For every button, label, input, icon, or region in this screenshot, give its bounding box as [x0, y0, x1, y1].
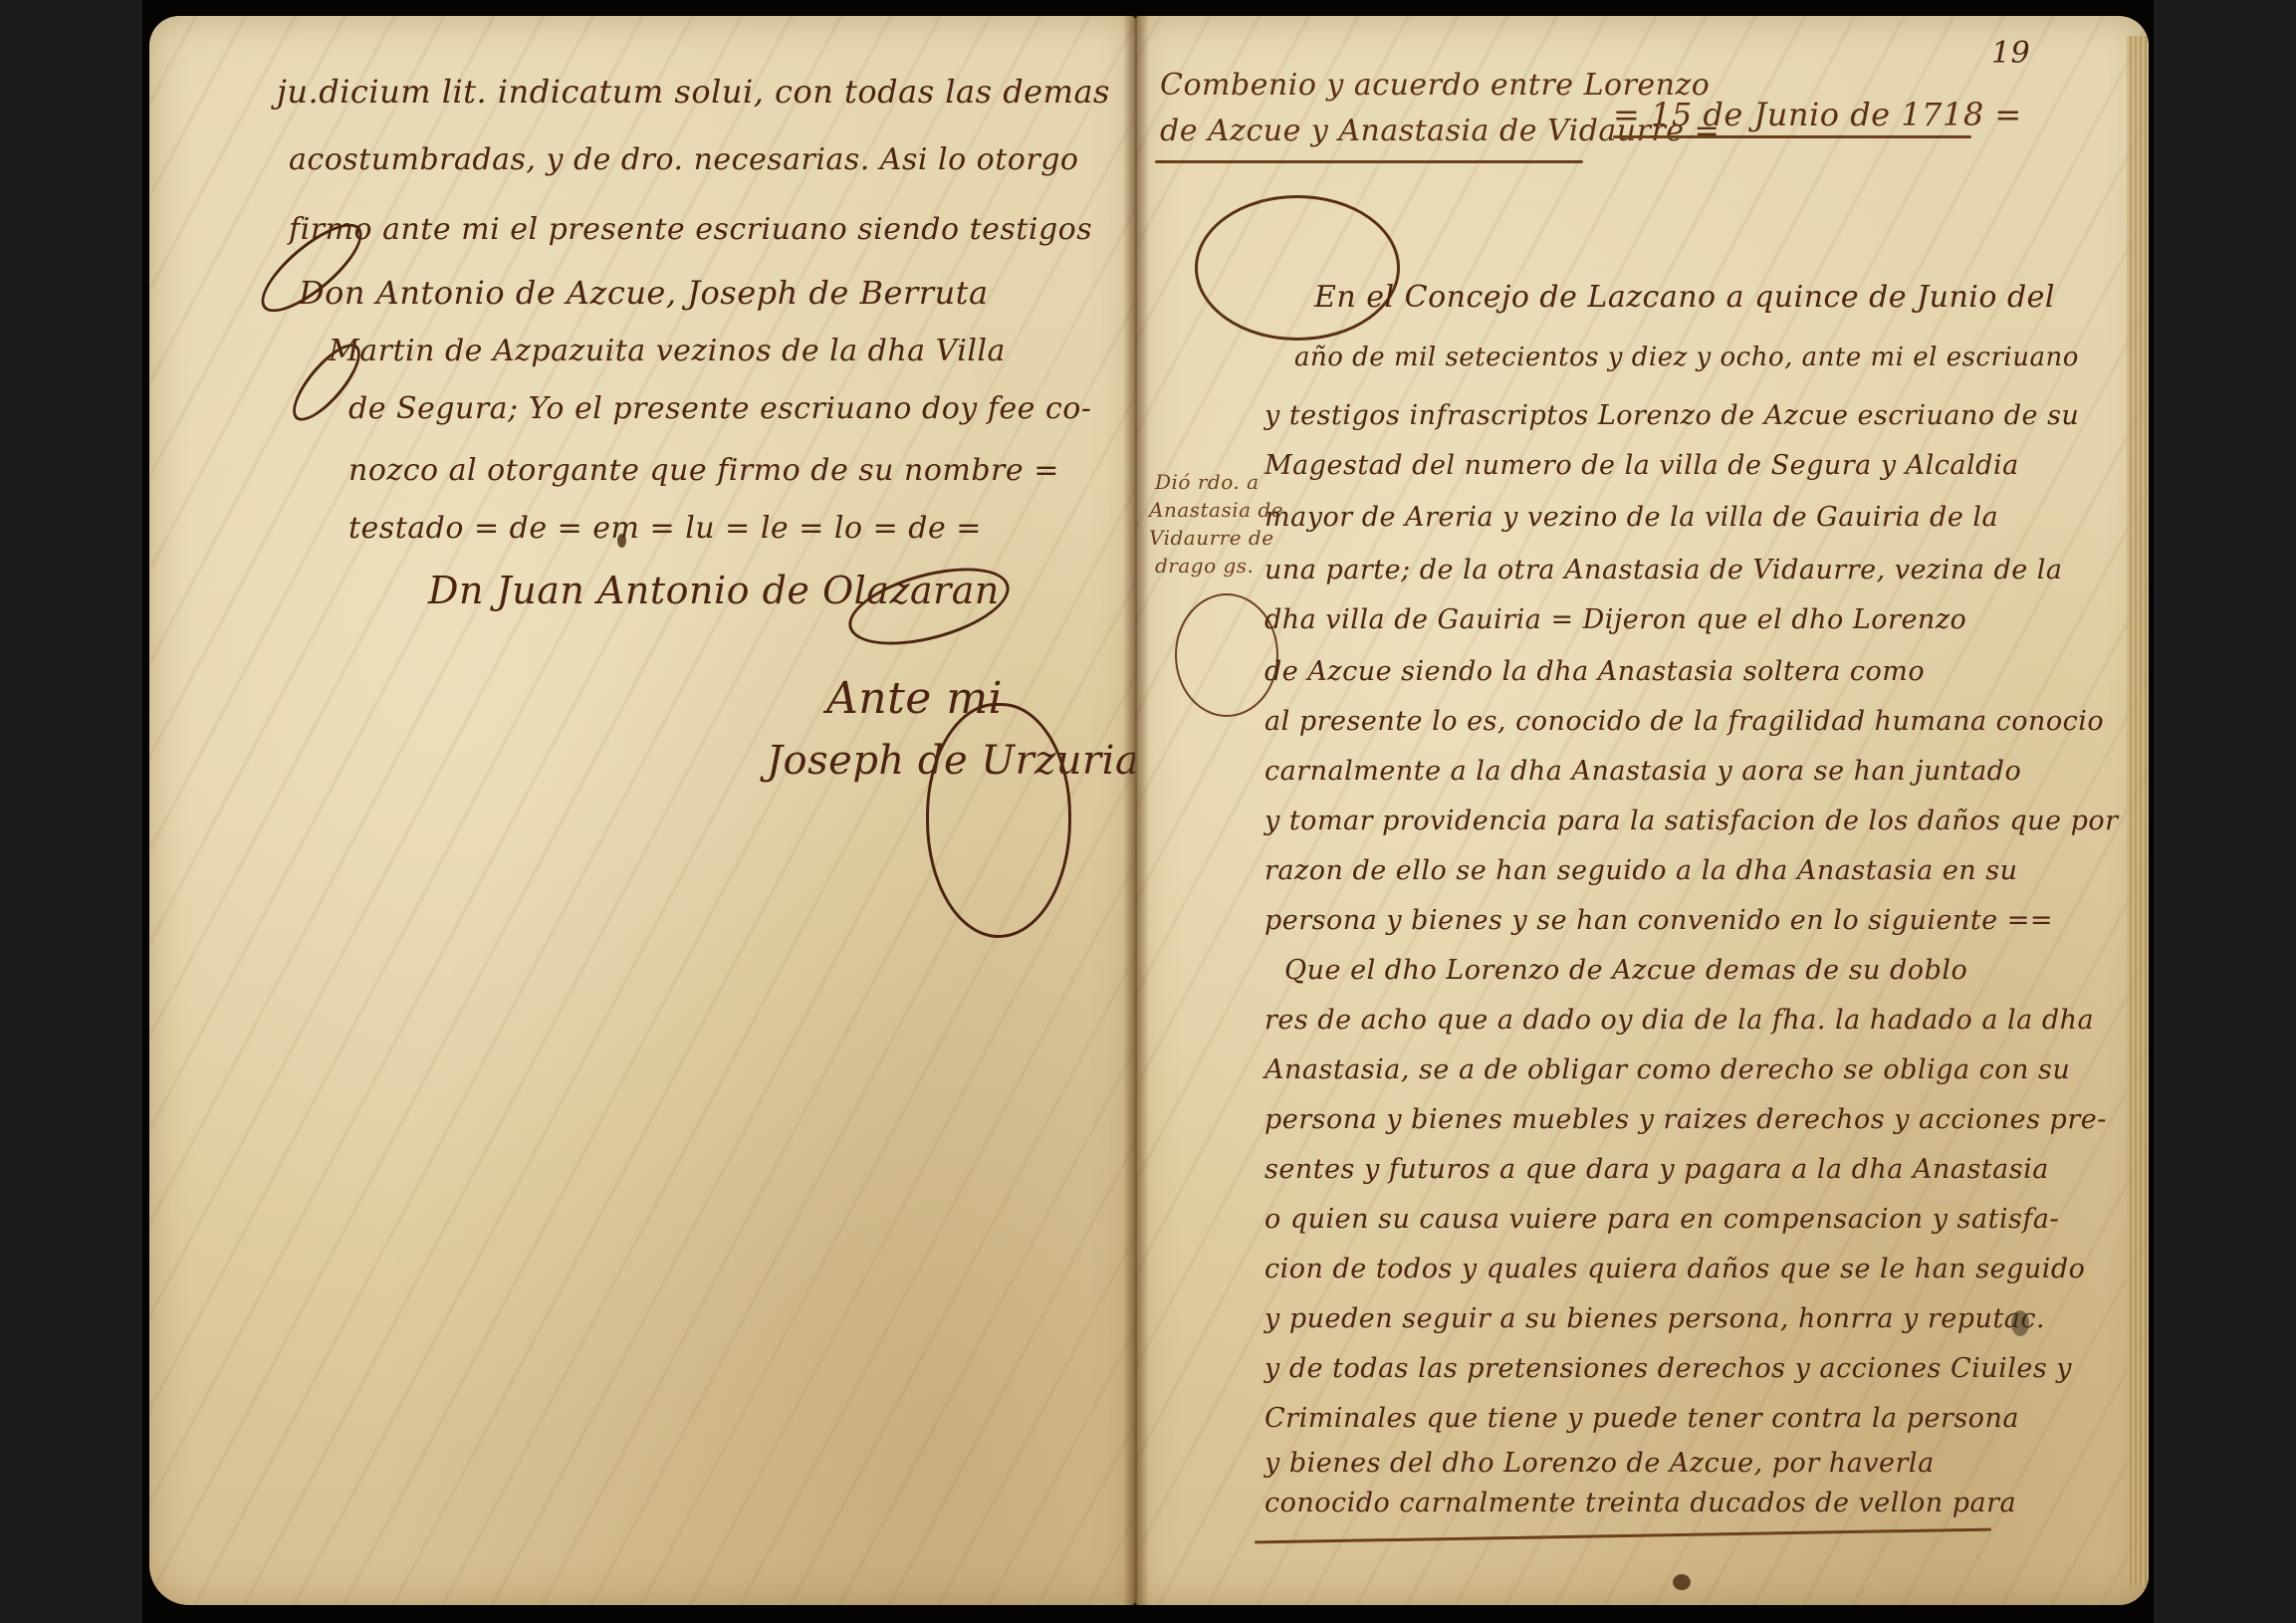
text-line: y de todas las pretensiones derechos y a… — [1264, 1355, 2072, 1382]
text-line: Anastasia, se a de obligar como derecho … — [1264, 1056, 2070, 1083]
text-line: y bienes del dho Lorenzo de Azcue, por h… — [1264, 1450, 1935, 1477]
text-line: persona y bienes muebles y raizes derech… — [1264, 1106, 2107, 1133]
stain — [2011, 1310, 2029, 1336]
folio-number: 19 — [1991, 36, 2030, 71]
margin-note-line: Anastasia de — [1149, 497, 1283, 523]
text-line: En el Concejo de Lazcano a quince de Jun… — [1314, 283, 2055, 313]
text-line: o quien su causa vuiere para en compensa… — [1264, 1206, 2059, 1233]
text-line: de Segura; Yo el presente escriuano doy … — [348, 394, 1091, 424]
rubric-flourish — [926, 703, 1071, 938]
text-line: y tomar providencia para la satisfacion … — [1264, 808, 2119, 834]
text-line: sentes y futuros a que dara y pagara a l… — [1264, 1156, 2049, 1183]
margin-rubric — [1175, 593, 1278, 717]
text-line: Martin de Azpazuita vezinos de la dha Vi… — [329, 337, 1006, 366]
text-line: testado = de = em = lu = le = lo = de = — [348, 514, 982, 544]
text-line: y testigos infrascriptos Lorenzo de Azcu… — [1264, 402, 2079, 429]
text-line: ju.dicium lit. indicatum solui, con toda… — [277, 76, 1110, 108]
text-line: razon de ello se han seguido a la dha An… — [1264, 857, 2018, 884]
text-line: año de mil setecientos y diez y ocho, an… — [1294, 345, 2079, 370]
open-ledger: ju.dicium lit. indicatum solui, con toda… — [149, 16, 2149, 1605]
date-underline — [1613, 135, 1971, 138]
entry-date: = 15 de Junio de 1718 = — [1613, 96, 2022, 133]
text-line: mayor de Areria y vezino de la villa de … — [1264, 504, 1998, 531]
page-edges — [2127, 36, 2149, 1585]
text-line: nozco al otorgante que firmo de su nombr… — [348, 456, 1059, 486]
text-line: acostumbradas, y de dro. necesarias. Asi… — [289, 145, 1078, 175]
margin-note-line: drago gs. — [1155, 553, 1254, 579]
text-line: al presente lo es, conocido de la fragil… — [1264, 708, 2104, 735]
title-underline — [1155, 160, 1583, 163]
text-line: Magestad del numero de la villa de Segur… — [1264, 452, 2019, 479]
text-line: dha villa de Gauiria = Dijeron que el dh… — [1264, 606, 1966, 633]
margin-note-line: Dió rdo. a — [1155, 469, 1260, 495]
ink-spot — [617, 534, 626, 548]
text-line: Criminales que tiene y puede tener contr… — [1264, 1405, 2019, 1432]
text-line: res de acho que a dado oy dia de la fha.… — [1264, 1007, 2094, 1034]
ink-blot — [1673, 1574, 1691, 1590]
text-line: Don Antonio de Azcue, Joseph de Berruta — [299, 277, 989, 309]
closing-underline — [1255, 1528, 1991, 1544]
decorated-initial-E — [1195, 195, 1400, 341]
text-line: y pueden seguir a su bienes persona, hon… — [1264, 1305, 2045, 1332]
book-gutter — [1123, 16, 1149, 1605]
text-line: firmo ante mi el presente escriuano sien… — [289, 215, 1092, 245]
text-line: de Azcue siendo la dha Anastasia soltera… — [1264, 658, 1925, 685]
margin-note-line: Vidaurre de — [1149, 525, 1274, 551]
left-page: ju.dicium lit. indicatum solui, con toda… — [149, 16, 1135, 1605]
text-line: carnalmente a la dha Anastasia y aora se… — [1264, 758, 2021, 785]
text-line: una parte; de la otra Anastasia de Vidau… — [1264, 557, 2063, 583]
text-line: Que el dho Lorenzo de Azcue demas de su … — [1284, 957, 1967, 984]
right-page: 19 Combenio y acuerdo entre Lorenzo de A… — [1135, 16, 2149, 1605]
text-line: persona y bienes y se han convenido en l… — [1264, 907, 2053, 934]
text-line: conocido carnalmente treinta ducados de … — [1264, 1490, 2016, 1516]
text-line: cion de todos y quales quiera daños que … — [1264, 1256, 2085, 1282]
